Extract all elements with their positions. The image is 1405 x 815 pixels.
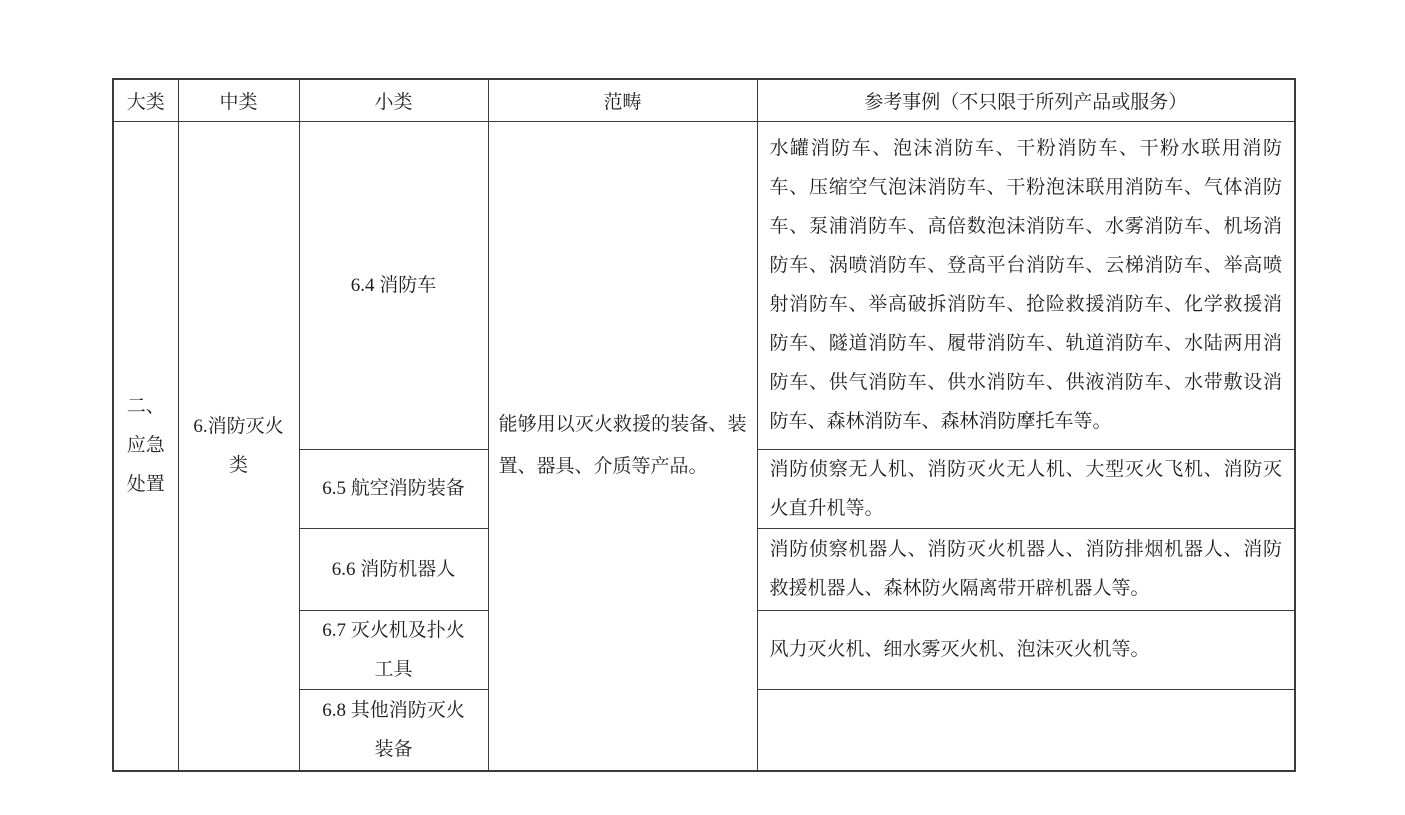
- cell-subcategory-6-7: 6.7 灭火机及扑火 工具: [299, 610, 488, 689]
- cell-subcategory-6-8: 6.8 其他消防灭火 装备: [299, 689, 488, 771]
- table-row: 二、 应急 处置 6.消防灭火 类 6.4 消防车 能够用以灭火救援的装备、装置…: [113, 121, 1295, 449]
- cell-examples-6-6: 消防侦察机器人、消防灭火机器人、消防排烟机器人、消防救援机器人、森林防火隔离带开…: [757, 528, 1295, 610]
- cell-examples-6-4: 水罐消防车、泡沫消防车、干粉消防车、干粉水联用消防车、压缩空气泡沫消防车、干粉泡…: [757, 121, 1295, 449]
- cell-major-category: 二、 应急 处置: [113, 121, 178, 771]
- cell-examples-6-5: 消防侦察无人机、消防灭火无人机、大型灭火飞机、消防灭火直升机等。: [757, 449, 1295, 528]
- cell-scope: 能够用以灭火救援的装备、装置、器具、介质等产品。: [488, 121, 757, 771]
- cell-middle-category: 6.消防灭火 类: [178, 121, 299, 771]
- header-scope: 范畴: [488, 79, 757, 121]
- header-examples: 参考事例（不只限于所列产品或服务）: [757, 79, 1295, 121]
- cell-subcategory-6-5: 6.5 航空消防装备: [299, 449, 488, 528]
- header-subcategory: 小类: [299, 79, 488, 121]
- cell-subcategory-6-6: 6.6 消防机器人: [299, 528, 488, 610]
- cell-examples-6-7: 风力灭火机、细水雾灭火机、泡沫灭火机等。: [757, 610, 1295, 689]
- header-middle-category: 中类: [178, 79, 299, 121]
- header-major-category: 大类: [113, 79, 178, 121]
- header-row: 大类 中类 小类 范畴 参考事例（不只限于所列产品或服务）: [113, 79, 1295, 121]
- cell-subcategory-6-4: 6.4 消防车: [299, 121, 488, 449]
- cell-examples-6-8: [757, 689, 1295, 771]
- classification-table: 大类 中类 小类 范畴 参考事例（不只限于所列产品或服务） 二、 应急 处置 6…: [112, 78, 1296, 772]
- document-page: 大类 中类 小类 范畴 参考事例（不只限于所列产品或服务） 二、 应急 处置 6…: [112, 78, 1296, 772]
